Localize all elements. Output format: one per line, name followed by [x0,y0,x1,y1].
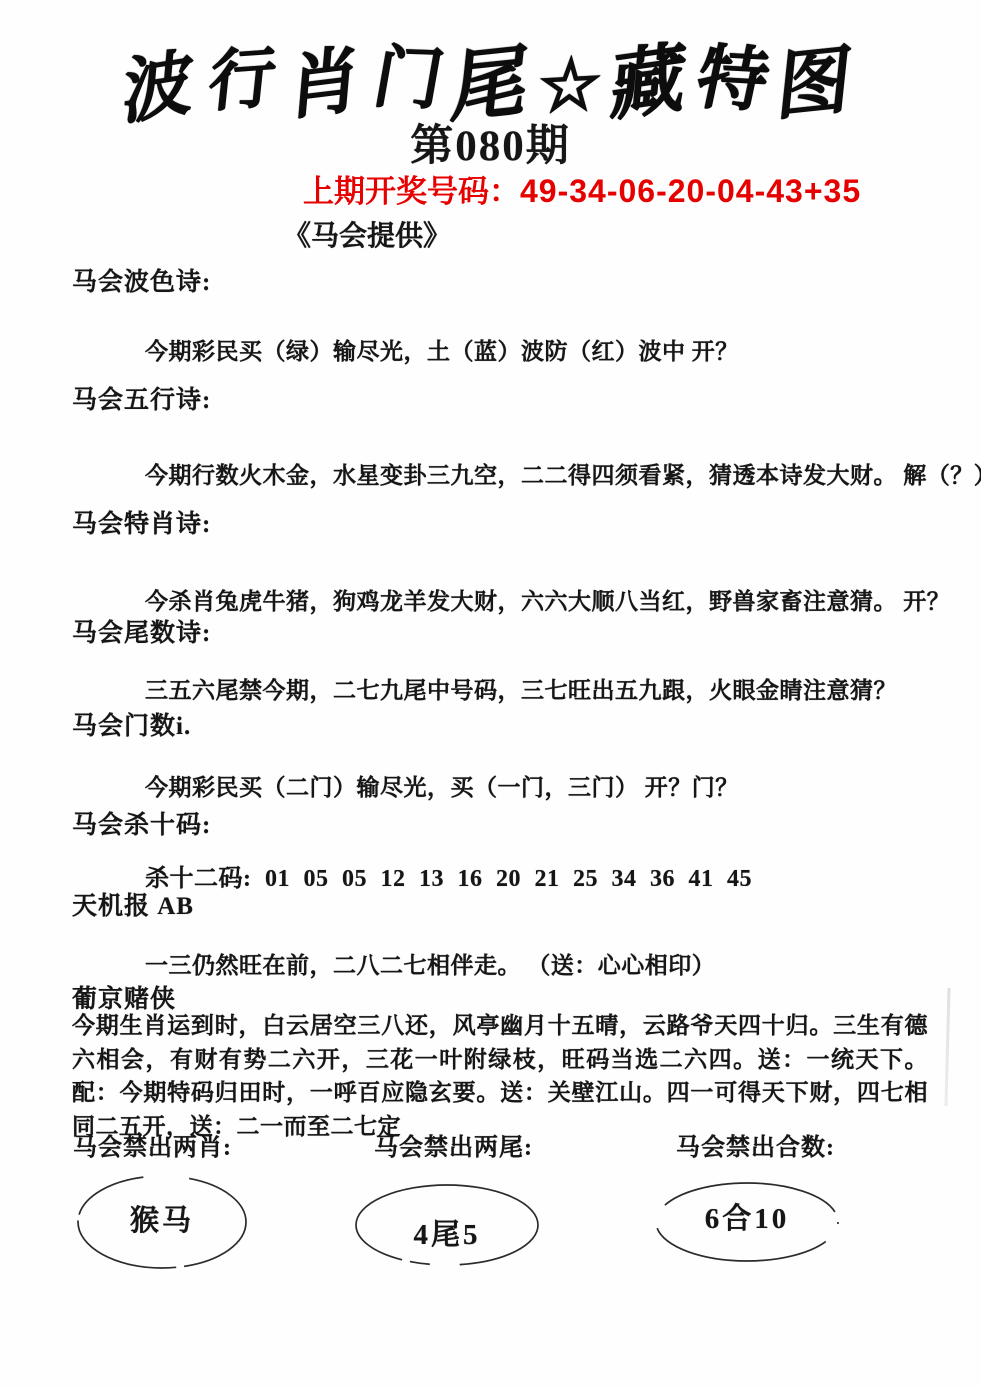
tianji-poem: 一三仍然旺在前，二八二七相伴走。 （送：心心相印） [145,947,715,980]
last-draw-label: 上期开奖号码： [303,174,520,209]
tianji-label: 天机报 AB [72,886,194,922]
pujing-paragraph: 今期生肖运到时，白云居空三八还，风亭幽月十五晴，云路爷天四十归。三生有德六相会，… [72,1009,928,1143]
last-draw-line: 上期开奖号码：49-34-06-20-04-43+35 [303,166,861,211]
ban-value-zodiac: 猴马 [72,1198,252,1239]
section-poem-bose: 今期彩民买（绿）输尽光，土（蓝）波防（红）波中 开？ [145,333,739,366]
ban-value-sum: 6合10 [652,1196,842,1237]
last-draw-numbers: 49-34-06-20-04-43+35 [520,173,861,209]
section-poem-texiao: 今杀肖兔虎牛猪，狗鸡龙羊发大财，六六大顺八当红，野兽家畜注意猜。 开？ [145,583,950,616]
section-heading-menshu: 马会门数i. [72,706,191,742]
ban-label-sum: 马会禁出合数: [676,1127,835,1162]
section-heading-shashima: 马会杀十码: [72,805,211,841]
kill-numbers-line: 杀十二码: 01 05 05 12 13 16 20 21 25 34 36 4… [145,858,752,893]
section-heading-texiao: 马会特肖诗: [72,504,211,540]
section-poem-wuxing: 今期行数火木金，水星变卦三九空，二二得四须看紧，猜透本诗发大财。 解（？） [145,457,981,490]
ban-label-tails: 马会禁出两尾: [374,1127,533,1162]
section-poem-weishu: 三五六尾禁今期，二七九尾中号码，三七旺出五九跟，火眼金睛注意猜？ [145,672,897,705]
lottery-tip-sheet: 波行肖门尾☆藏特图 第080期 上期开奖号码：49-34-06-20-04-43… [0,0,981,1388]
section-heading-bose: 马会波色诗: [72,262,211,298]
issue-number: 第080期 [0,112,981,173]
scan-artifact-line [944,988,950,1106]
section-poem-menshu: 今期彩民买（二门）输尽光，买（一门，三门） 开？门？ [145,769,739,802]
ban-label-zodiac: 马会禁出两肖: [73,1127,232,1162]
ban-value-tails: 4尾5 [352,1212,542,1253]
section-heading-weishu: 马会尾数诗: [72,613,211,649]
section-heading-wuxing: 马会五行诗: [72,380,211,416]
provider-note: 《马会提供》 [283,214,451,254]
